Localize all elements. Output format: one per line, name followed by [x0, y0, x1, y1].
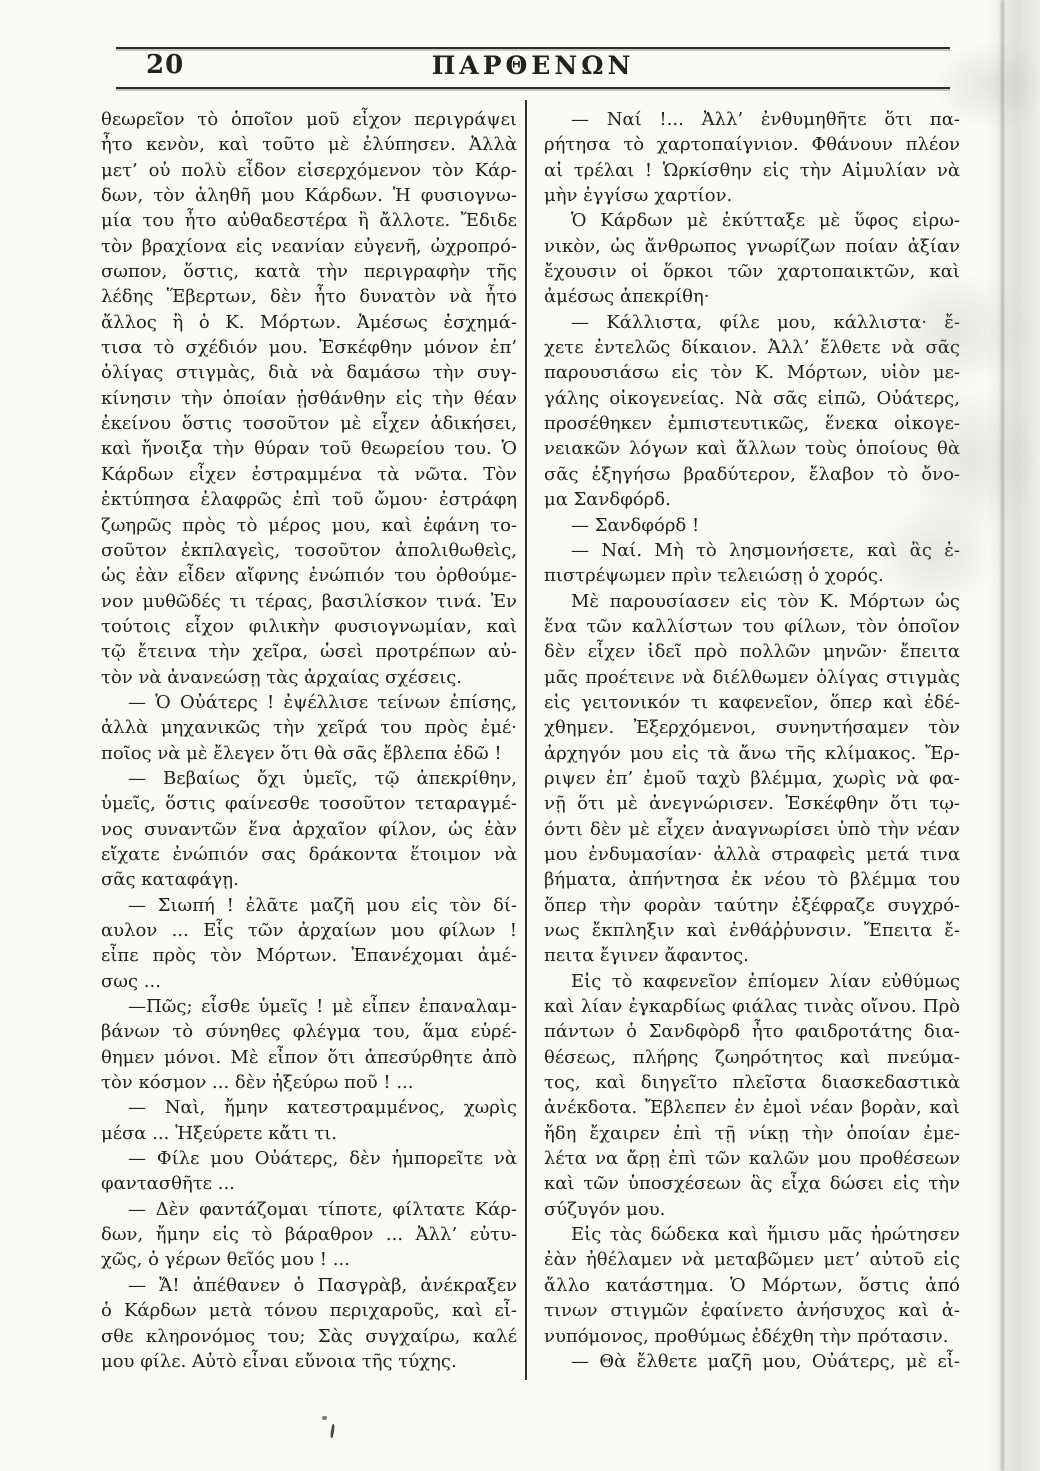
text-line: ἐκείνου ὅστις τοσοῦτον μὲ εἶχεν ἀδικήσει… — [101, 411, 517, 436]
header-rule-top — [116, 47, 950, 49]
text-line: τούτοις εἶχον φιλικὴν φυσιογνωμίαν, καὶ — [101, 614, 517, 639]
text-line: φαντασθῆτε ... — [101, 1171, 517, 1196]
text-line: — Ὁ Οὐάτερς ! ἐψέλλισε τείνων ἐπίσης, — [101, 690, 517, 715]
text-line: αυλον ... Εἷς τῶν ἀρχαίων μου φίλων ! — [101, 918, 517, 943]
text-line: μου ἐνδυμασίαν· ἀλλὰ στραφεὶς μετά τινα — [544, 842, 960, 867]
text-line: πάντων ὁ Σανδφὸρδ ἦτο φαιδροτάτης δια- — [544, 1019, 960, 1044]
text-line: — Ναί !... Ἀλλ’ ἐνθυμηθῆτε ὅτι πα- — [544, 107, 960, 132]
text-line: νως ἔκπληξιν καὶ ἐνθάῤῥυνσιν. Ἔπειτα ἔ- — [544, 918, 960, 943]
column-divider — [525, 100, 527, 1380]
text-line: νον μυθῶδές τι τέρας, βασιλίσκον τινά. Ἐ… — [101, 589, 517, 614]
text-line: σᾶς ἐξηγήσω βραδύτερον, ἔλαβον τὸ ὄνο- — [544, 462, 960, 487]
text-line: τῷ ἔτεινα τὴν χεῖρα, ὡσεὶ προτρέπων αὐ- — [101, 639, 517, 664]
text-line: αἱ τρέλαι ! Ὡρκίσθην εἰς τὴν Αἰμυλίαν νὰ — [544, 158, 960, 183]
ink-speck — [322, 1416, 327, 1420]
text-line: δὲν εἶχεν ἰδεῖ πρὸ πολλῶν μηνῶν· ἔπειτα — [544, 639, 960, 664]
text-line: ζωηρῶς πρὸς τὸ μέρος μου, καὶ ἐφάνη το- — [101, 513, 517, 538]
text-line: — Θὰ ἔλθετε μαζῆ μου, Οὐάτερς, μὲ εἶ- — [544, 1349, 960, 1374]
text-line: μετ’ οὐ πολὺ εἶδον εἰσερχόμενον τὸν Κάρ- — [101, 158, 517, 183]
text-line: νικὸν, ὡς ἄνθρωπος γνωρίζων ποίαν ἀξίαν — [544, 234, 960, 259]
text-line: χῶς, ὁ γέρων θεῖός μου ! ... — [101, 1247, 517, 1272]
text-line: μὴν ἐγγίσω χαρτίον. — [544, 183, 960, 208]
text-line: ὀλίγας στιγμὰς, διὰ νὰ δαμάσω τὴν συγ- — [101, 360, 517, 385]
ink-speck — [330, 1424, 335, 1438]
text-line: τινων στιγμῶν ἐφαίνετο ἀνήσυχος καὶ ἀ- — [544, 1298, 960, 1323]
page-edge-line — [1001, 0, 1004, 1471]
text-line: λέτα να ἄρῃ ἐπὶ τῶν καλῶν μου προθέσεων — [544, 1146, 960, 1171]
text-line: ἄλλο κατάστημα. Ὁ Μόρτων, ὅστις ἀπό — [544, 1273, 960, 1298]
text-line: — Ἄ! ἀπέθανεν ὁ Πασγρὰβ, ἀνέκραξεν — [101, 1273, 517, 1298]
text-line: ὁ Κάρδων μετὰ τόνου περιχαροῦς, καὶ εἶ- — [101, 1298, 517, 1323]
text-line: ριψεν ἐπ’ ἐμοῦ ταχὺ βλέμμα, χωρὶς νὰ φα- — [544, 766, 960, 791]
page-title: ΠΑΡΘΕΝΩΝ — [116, 51, 950, 80]
text-line: Κάρδων εἶχεν ἐστραμμένα τὰ νῶτα. Τὸν — [101, 462, 517, 487]
text-line: σως ... — [101, 969, 517, 994]
text-line: καὶ ἤνοιξα τὴν θύραν τοῦ θεωρείου του. Ὁ — [101, 436, 517, 461]
text-line: μου φίλε. Αὐτὸ εἶναι εὔνοια τῆς τύχης. — [101, 1349, 517, 1374]
text-line: —Πῶς; εἶσθε ὑμεῖς ! μὲ εἶπεν ἐπαναλαμ- — [101, 994, 517, 1019]
text-line: τὸν νὰ ἀνανεώσῃ τὰς ἀρχαίας σχέσεις. — [101, 665, 517, 690]
text-line: μέσα ... Ἠξεύρετε κἄτι τι. — [101, 1121, 517, 1146]
paper-stain — [870, 500, 1000, 610]
text-line: κίνησιν τὴν ὁποίαν ᾐσθάνθην εἰς τὴν θέαν — [101, 386, 517, 411]
text-line: ἐὰν ἠθέλαμεν νὰ μεταβῶμεν μετ’ αὐτοῦ εἰς — [544, 1247, 960, 1272]
text-line: χθημεν. Ἐξερχόμενοι, συνηντήσαμεν τὸν — [544, 715, 960, 740]
text-line: — Ναὶ, ἤμην κατεστραμμένος, χωρὶς — [101, 1095, 517, 1120]
text-line: καὶ λίαν ἐγκαρδίως φιάλας τινὰς οἴνου. Π… — [544, 994, 960, 1019]
text-line: νειακῶν λόγων καὶ ἄλλων τοὺς ὁποίους θὰ — [544, 436, 960, 461]
text-line: τος, καὶ διηγεῖτο πλεῖστα διασκεδαστικὰ — [544, 1070, 960, 1095]
text-line: σᾶς καταφάγῃ. — [101, 867, 517, 892]
text-line: βάνων τὸ σύνηθες φλέγμα του, ἅμα εὑρέ- — [101, 1019, 517, 1044]
text-line: — Βεβαίως ὄχι ὑμεῖς, τῷ ἀπεκρίθην, — [101, 766, 517, 791]
text-line: Εἰς τὸ καφενεῖον ἐπίομεν λίαν εὐθύμως — [544, 969, 960, 994]
text-line: μᾶς προέτεινε νὰ διέλθωμεν ὀλίγας στιγμὰ… — [544, 665, 960, 690]
text-line: τισα τὸ σχέδιόν μου. Ἐσκέφθην μόνον ἐπ’ — [101, 335, 517, 360]
text-line: ὅπερ τὴν φορὰν ταύτην ἐξέφραζε συγχρό- — [544, 893, 960, 918]
text-line: — Φίλε μου Οὐάτερς, δὲν ἠμπορεῖτε νὰ — [101, 1146, 517, 1171]
header-rule-bottom — [116, 87, 950, 89]
text-line: καὶ τῶν ὑποσχέσεων ἃς εἶχα δώσει εἰς τὴν — [544, 1171, 960, 1196]
paper-stain — [880, 270, 1030, 390]
text-line: ἀνέκδοτα. Ἔβλεπεν ἐν ἐμοὶ νέαν βορὰν, κα… — [544, 1095, 960, 1120]
paper-stain — [930, 40, 1040, 130]
text-line: σύζυγόν μου. — [544, 1197, 960, 1222]
scanned-page: 20 ΠΑΡΘΕΝΩΝ θεωρεῖον τὸ ὁποῖον μοῦ εἶχον… — [0, 0, 1040, 1471]
text-line: ρήτησα τὸ χαρτοπαίγνιον. Φθάνουν πλέον — [544, 132, 960, 157]
text-line: προσέθηκεν ἐμπιστευτικῶς, ἕνεκα οἰκογε- — [544, 411, 960, 436]
text-line: ἕνα τῶν καλλίστων του φίλων, τὸν ὁποῖον — [544, 614, 960, 639]
text-line: ἦτο κενὸν, καὶ τοῦτο μὲ ἐλύπησεν. Ἀλλὰ — [101, 132, 517, 157]
text-line: τὸν βραχίονα εἰς νεανίαν εὐγενῆ, ὠχροπρό… — [101, 234, 517, 259]
text-line: θέσεως, πλήρης ζωηρότητος καὶ πνεύμα- — [544, 1045, 960, 1070]
text-line: ἔχουσιν οἱ ὅρκοι τῶν χαρτοπαικτῶν, καὶ — [544, 259, 960, 284]
text-line: πειτα ἔγινεν ἄφαντος. — [544, 943, 960, 968]
text-line: γάλης οἰκογενείας. Νὰ σᾶς εἰπῶ, Οὐάτερς, — [544, 386, 960, 411]
text-line: νυπόμονος, προθύμως ἐδέχθη τὴν πρότασιν. — [544, 1324, 960, 1349]
text-line: ποῖος νὰ μὲ ἔλεγεν ὅτι θὰ σᾶς ἔβλεπα ἐδῶ… — [101, 741, 517, 766]
text-line: ἀλλὰ μηχανικῶς τὴν χεῖρά του πρὸς ἐμέ· — [101, 715, 517, 740]
text-line: σοῦτον ἐκπλαγεὶς, τοσοῦτον ἀπολιθωθεὶς, — [101, 538, 517, 563]
text-line: σθε κληρονόμος του; Σὰς συγχαίρω, καλέ — [101, 1324, 517, 1349]
text-line: ἄλλος ἢ ὁ Κ. Μόρτων. Ἀμέσως ἐσχημά- — [101, 310, 517, 335]
text-line: μία του ἦτο αὐθαδεστέρα ἢ ἄλλοτε. Ἔδιδε — [101, 208, 517, 233]
text-line: ἐκτύπησα ἐλαφρῶς ἐπὶ τοῦ ὤμου· ἐστράφη — [101, 487, 517, 512]
text-line: Ὁ Κάρδων μὲ ἐκύτταξε μὲ ὕφος εἰρω- — [544, 208, 960, 233]
text-line: ἀρχηγόν μου εἰς τὰ ἄνω τῆς κλίμακος. Ἔρ- — [544, 741, 960, 766]
text-line: νῇ ὅτι μὲ ἀνεγνώρισεν. Ἐσκέφθην ὅτι τῳ- — [544, 791, 960, 816]
text-line: σωπον, ὅστις, κατὰ τὴν περιγραφὴν τῆς — [101, 259, 517, 284]
text-line: θεωρεῖον τὸ ὁποῖον μοῦ εἶχον περιγράψει — [101, 107, 517, 132]
text-line: τὸν κόσμον ... δὲν ἠξεύρω ποῦ ! ... — [101, 1070, 517, 1095]
text-line: — Σιωπή ! ἐλᾶτε μαζῆ μου εἰς τὸν δί- — [101, 893, 517, 918]
text-line: όντι δὲν μὲ εἶχεν ἀναγνωρίσει ὑπὸ τὴν νέ… — [544, 817, 960, 842]
text-line: ἤδη ἔχαιρεν ἐπὶ τῇ νίκῃ τὴν ὁποίαν ἐμε- — [544, 1121, 960, 1146]
text-line: θημεν μόνοι. Μὲ εἶπον ὅτι ἀπεσύρθητε ἀπὸ — [101, 1045, 517, 1070]
text-line: εἴχατε ἐνώπιόν σας δράκοντα ἕτοιμον νὰ — [101, 842, 517, 867]
text-line: δων, ἤμην εἰς τὸ βάραθρον ... Ἀλλ’ εὐτυ- — [101, 1222, 517, 1247]
text-line: εἶπε πρὸς τὸν Μόρτων. Ἐπανέχομαι ἀμέ- — [101, 943, 517, 968]
page-edge-shadow — [988, 0, 1040, 1471]
text-line: — Δὲν φαντάζομαι τίποτε, φίλτατε Κάρ- — [101, 1197, 517, 1222]
text-line: νος συναντῶν ἕνα ἀρχαῖον φίλον, ὡς ἐὰν — [101, 817, 517, 842]
text-line: λέδης Ἕβερτων, δὲν ἦτο δυνατὸν νὰ ἦτο — [101, 284, 517, 309]
text-line: ὑμεῖς, ὅστις φαίνεσθε τοσοῦτον τεταραγμέ… — [101, 791, 517, 816]
left-column: θεωρεῖον τὸ ὁποῖον μοῦ εἶχον περιγράψειἦ… — [101, 107, 517, 1374]
text-line: εἰς γειτονικόν τι καφενεῖον, ὅπερ καὶ ἐδ… — [544, 690, 960, 715]
text-line: Εἰς τὰς δώδεκα καὶ ἥμισυ μᾶς ἠρώτησεν — [544, 1222, 960, 1247]
text-line: βήματα, ἀπήντησα ἐκ νέου τὸ βλέμμα του — [544, 867, 960, 892]
text-line: ὡς ἐὰν εἶδεν αἴφνης ἐνώπιόν του ὀρθούμε- — [101, 563, 517, 588]
text-line: δων, τὸν ἀληθῆ μου Κάρδων. Ἡ φυσιογνω- — [101, 183, 517, 208]
